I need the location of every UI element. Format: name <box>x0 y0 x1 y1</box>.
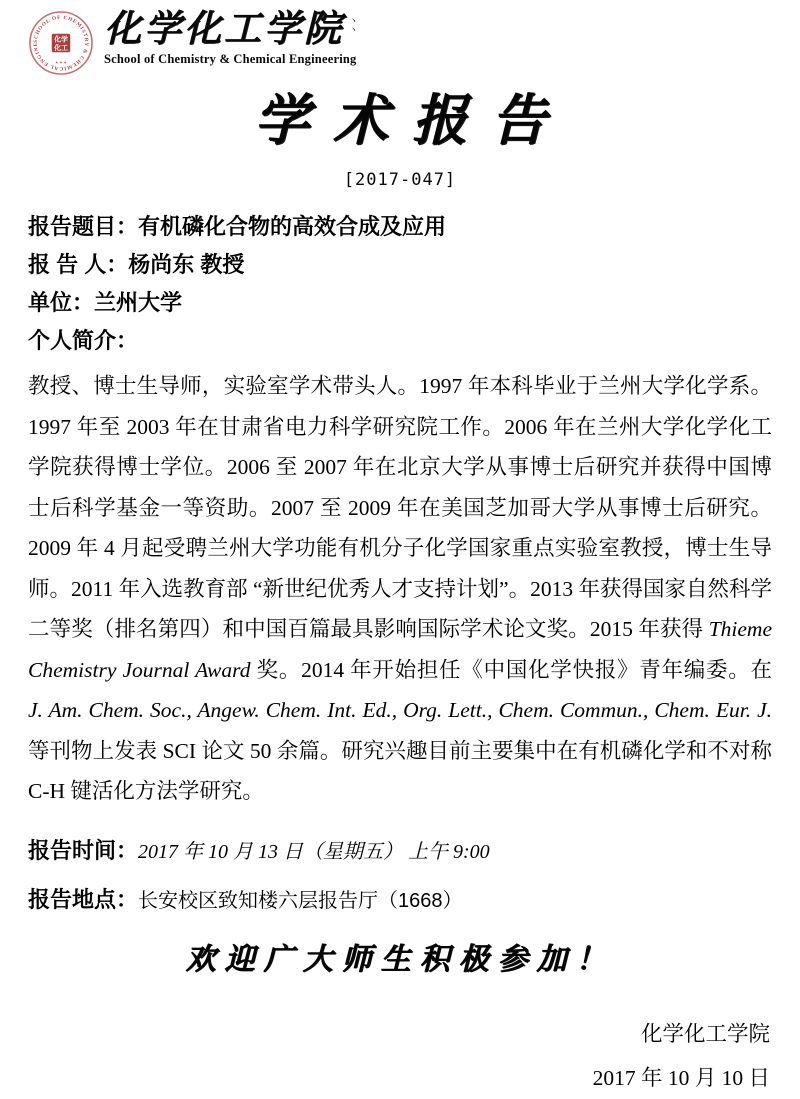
school-seal-icon: SCHOOL OF CHEMISTRY & CHEMICAL ENGINEERI… <box>28 10 94 76</box>
report-number: [2017-047] <box>0 170 800 190</box>
schedule-time-line: 报告时间：2017 年 10 月 13 日（星期五） 上午 9:00 <box>28 834 772 871</box>
schedule-section: 报告时间：2017 年 10 月 13 日（星期五） 上午 9:00 报告地点：… <box>28 834 772 920</box>
report-meta: 报告题目：有机磷化合物的高效合成及应用 报 告 人：杨尚东 教授 单位：兰州大学… <box>28 208 772 360</box>
calligraphy-flourish: 丶丶 <box>348 16 357 34</box>
schedule-location-value: 长安校区致知楼六层报告厅（1668） <box>138 890 463 912</box>
seal-stars: ★ ★ ★ <box>55 60 68 64</box>
document-title: 学术报告 <box>0 90 800 152</box>
field-speaker: 报 告 人：杨尚东 教授 <box>28 246 772 284</box>
field-topic: 报告题目：有机磷化合物的高效合成及应用 <box>28 208 772 246</box>
field-speaker-label: 报 告 人： <box>28 252 128 277</box>
institution-name-cn: 化学化工学院 <box>104 10 344 50</box>
field-speaker-value: 杨尚东 教授 <box>128 252 244 277</box>
seal-center-text-bottom: 化工 <box>53 43 68 52</box>
field-topic-label: 报告题目： <box>28 214 138 239</box>
schedule-time-value: 2017 年 10 月 13 日（星期五） 上午 9:00 <box>138 841 490 863</box>
seal-center-text-top: 化学 <box>53 35 68 44</box>
letterhead: SCHOOL OF CHEMISTRY & CHEMICAL ENGINEERI… <box>0 0 800 78</box>
field-affiliation: 单位：兰州大学 <box>28 284 772 322</box>
biography-paragraph: 教授、博士生导师，实验室学术带头人。1997 年本科毕业于兰州大学化学系。199… <box>28 366 772 812</box>
footer-organization: 化学化工学院 <box>0 1012 770 1056</box>
institution-name-en: School of Chemistry & Chemical Engineeri… <box>104 52 357 67</box>
field-topic-value: 有机磷化合物的高效合成及应用 <box>138 214 446 239</box>
schedule-time-label: 报告时间： <box>28 838 138 863</box>
field-affiliation-label: 单位： <box>28 290 94 315</box>
field-bio-heading-label: 个人简介： <box>28 328 138 353</box>
institution-brand: 化学化工学院 丶丶 School of Chemistry & Chemical… <box>104 8 357 67</box>
document-page: SCHOOL OF CHEMISTRY & CHEMICAL ENGINEERI… <box>0 0 800 1099</box>
field-affiliation-value: 兰州大学 <box>94 290 182 315</box>
field-bio-heading: 个人简介： <box>28 322 772 360</box>
schedule-location-label: 报告地点： <box>28 887 138 912</box>
document-footer: 化学化工学院 2017 年 10 月 10 日 <box>0 1012 770 1099</box>
schedule-location-line: 报告地点：长安校区致知楼六层报告厅（1668） <box>28 883 772 920</box>
welcome-message: 欢迎广大师生积极参加！ <box>0 934 800 978</box>
footer-date: 2017 年 10 月 10 日 <box>0 1056 770 1099</box>
